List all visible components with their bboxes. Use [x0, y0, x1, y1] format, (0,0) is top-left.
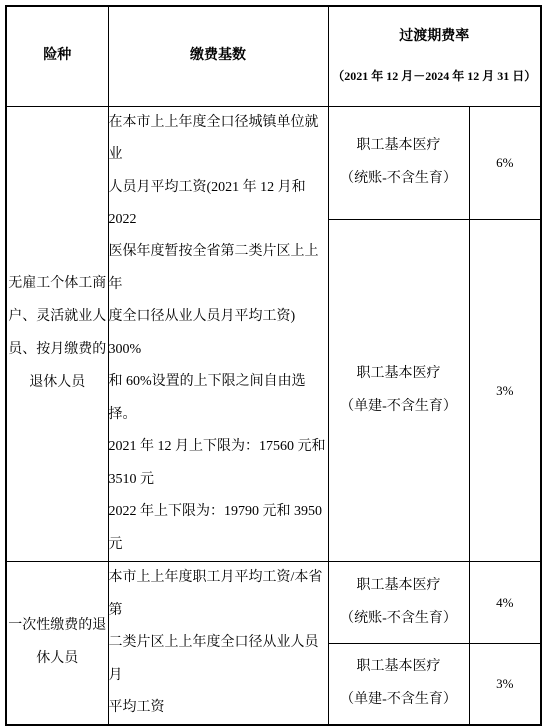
insurance-type-cell-group1: 无雇工个体工商 户、灵活就业人 员、按月缴费的 退休人员 — [6, 106, 108, 562]
table-row: 无雇工个体工商 户、灵活就业人 员、按月缴费的 退休人员 在本市上上年度全口径城… — [6, 106, 541, 220]
table-row: 一次性缴费的退 休人员 本市上上年度职工月平均工资/本省第 二类片区上上年度全口… — [6, 562, 541, 644]
rate-value-cell: 6% — [469, 106, 541, 220]
header-insurance-type: 险种 — [6, 6, 108, 106]
rate-value-cell: 3% — [469, 220, 541, 562]
payment-base-cell-group2: 本市上上年度职工月平均工资/本省第 二类片区上上年度全口径从业人员月 平均工资 — [108, 562, 328, 726]
header-payment-base: 缴费基数 — [108, 6, 328, 106]
payment-base-cell-group1: 在本市上上年度全口径城镇单位就业 人员月平均工资(2021 年 12 月和 20… — [108, 106, 328, 562]
header-row: 险种 缴费基数 过渡期费率 （2021 年 12 月－2024 年 12 月 3… — [6, 6, 541, 106]
rate-name-cell: 职工基本医疗 （统账-不含生育） — [328, 562, 469, 644]
fee-rate-table: 险种 缴费基数 过渡期费率 （2021 年 12 月－2024 年 12 月 3… — [5, 5, 542, 726]
header-rate-title: 过渡期费率 — [329, 27, 541, 47]
insurance-type-cell-group2: 一次性缴费的退 休人员 — [6, 562, 108, 726]
rate-name-cell: 职工基本医疗 （单建-不含生育） — [328, 644, 469, 726]
header-rate-period: （2021 年 12 月－2024 年 12 月 31 日） — [329, 68, 541, 85]
rate-value-cell: 4% — [469, 562, 541, 644]
rate-value-cell: 3% — [469, 644, 541, 726]
rate-name-cell: 职工基本医疗 （单建-不含生育） — [328, 220, 469, 562]
header-transition-rate: 过渡期费率 （2021 年 12 月－2024 年 12 月 31 日） — [328, 6, 541, 106]
rate-name-cell: 职工基本医疗 （统账-不含生育） — [328, 106, 469, 220]
